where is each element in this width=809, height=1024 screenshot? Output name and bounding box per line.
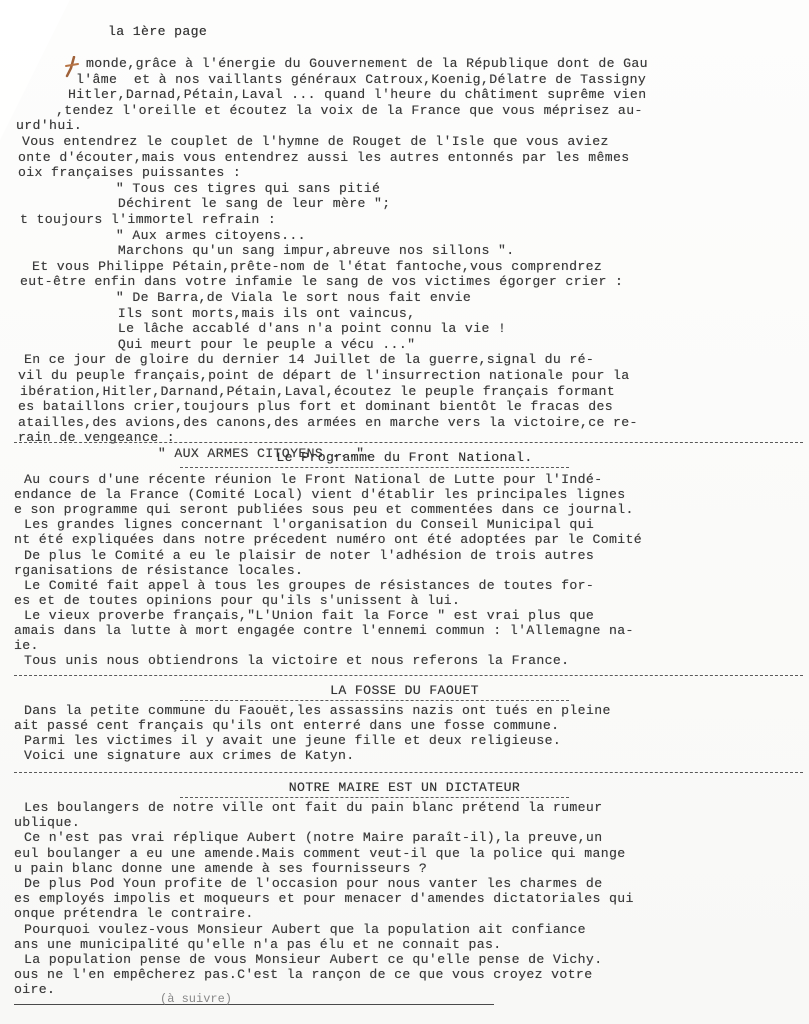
dashed-separator [14,675,803,676]
text-line: " Aux armes citoyens... [58,228,306,243]
text-line: onte d'écouter,mais vous entendrez aussi… [18,150,630,165]
text-line: eut-être enfin dans votre infamie le san… [20,274,623,289]
text-line: ibération,Hitler,Darnand,Pétain,Laval,éc… [20,384,615,399]
text-line: e son programme qui seront publiées sous… [14,502,634,517]
text-line: Dans la petite commune du Faouët,les ass… [24,703,611,718]
text-line: l'âme et à nos vaillants généraux Catrou… [76,72,646,87]
text-line: De plus Pod Youn profite de l'occasion p… [24,876,602,891]
text-line: ublique. [14,815,80,830]
text-line: endance de la France (Comité Local) vien… [14,487,626,502]
dashed-separator [180,467,569,468]
text-line: oire. [14,982,55,997]
text-line: De plus le Comité a eu le plaisir de not… [24,548,594,563]
text-line: Déchirent le sang de leur mère "; [60,196,391,211]
text-line: Le vieux proverbe français,"L'Union fait… [24,608,594,623]
text-line: onque prétendra le contraire. [14,906,254,921]
text-line: ,tendez l'oreille et écoutez la voix de … [56,103,643,118]
text-line: Et vous Philippe Pétain,prête-nom de l'é… [32,259,602,274]
text-line: vil du peuple français,point de départ d… [18,368,630,383]
text-line: monde,grâce à l'énergie du Gouvernement … [86,56,648,71]
section-title-programme: Le Programme du Front National. [0,450,809,465]
text-line: Le lâche accablé d'ans n'a point connu l… [60,321,506,336]
text-line: Vous entendrez le couplet de l'hymne de … [22,134,609,149]
text-line: ous ne l'en empêcherez pas.C'est la ranç… [14,967,592,982]
text-line: rganisations de résistance locales. [14,563,303,578]
text-line: " Tous ces tigres qui sans pitié [58,181,380,196]
text-line: La population pense de vous Monsieur Aub… [24,952,602,967]
text-line: Qui meurt pour le peuple a vécu ..." [60,337,415,352]
dashed-separator [14,772,803,773]
text-line: Le Comité fait appel à tous les groupes … [24,578,594,593]
text-line: Ce n'est pas vrai réplique Aubert (notre… [24,830,602,845]
text-line: urd'hui. [16,118,82,133]
bottom-rule [14,1004,494,1005]
text-line: ans une municipalité qu'elle n'a pas élu… [14,937,502,952]
text-line: t toujours l'immortel refrain : [20,212,276,227]
page-label: la 1ère page [108,24,207,39]
text-line: ie. [14,638,39,653]
dashed-separator [180,700,569,701]
text-line: nt été expliquées dans notre précedent n… [14,532,642,547]
text-line: Voici une signature aux crimes de Katyn. [24,748,355,763]
text-line: es employés impolis et moqueurs et pour … [14,891,634,906]
text-line: Pourquoi voulez-vous Monsieur Aubert que… [24,922,586,937]
section-title-maire: NOTRE MAIRE EST UN DICTATEUR [0,780,809,795]
text-line: Tous unis nous obtiendrons la victoire e… [24,653,569,668]
text-line: Hitler,Darnad,Pétain,Laval ... quand l'h… [68,87,646,102]
text-line: u pain blanc donne une amende à ses four… [14,861,427,876]
dashed-separator [14,442,803,443]
text-line: eul boulanger a eu une amende.Mais comme… [14,846,626,861]
text-line: es et de toutes opinions pour qu'ils s'u… [14,593,460,608]
text-line: amais dans la lutte à mort engagée contr… [14,623,634,638]
text-line: En ce jour de gloire du dernier 14 Juill… [24,352,594,367]
text-line: Au cours d'une récente réunion le Front … [24,472,602,487]
text-line: oix françaises puissantes : [18,165,241,180]
text-line: atailles,des avions,des canons,des armée… [18,415,638,430]
dashed-separator [180,797,569,798]
text-line: Les grandes lignes concernant l'organisa… [24,517,594,532]
footer-note: (à suivre) [160,992,232,1006]
text-line: ait passé cent français qu'ils ont enter… [14,718,559,733]
text-line: Les boulangers de notre ville ont fait d… [24,800,602,815]
section-title-fosse: LA FOSSE DU FAOUET [0,683,809,698]
scanned-page: la 1ère pagemonde,grâce à l'énergie du G… [0,0,809,1024]
text-line: es bataillons crier,toujours plus fort e… [18,399,613,414]
text-line: " De Barra,de Viala le sort nous fait en… [58,290,471,305]
text-line: Ils sont morts,mais ils ont vaincus, [60,306,415,321]
text-line: Marchons qu'un sang impur,abreuve nos si… [60,243,515,258]
text-line: Parmi les victimes il y avait une jeune … [24,733,561,748]
